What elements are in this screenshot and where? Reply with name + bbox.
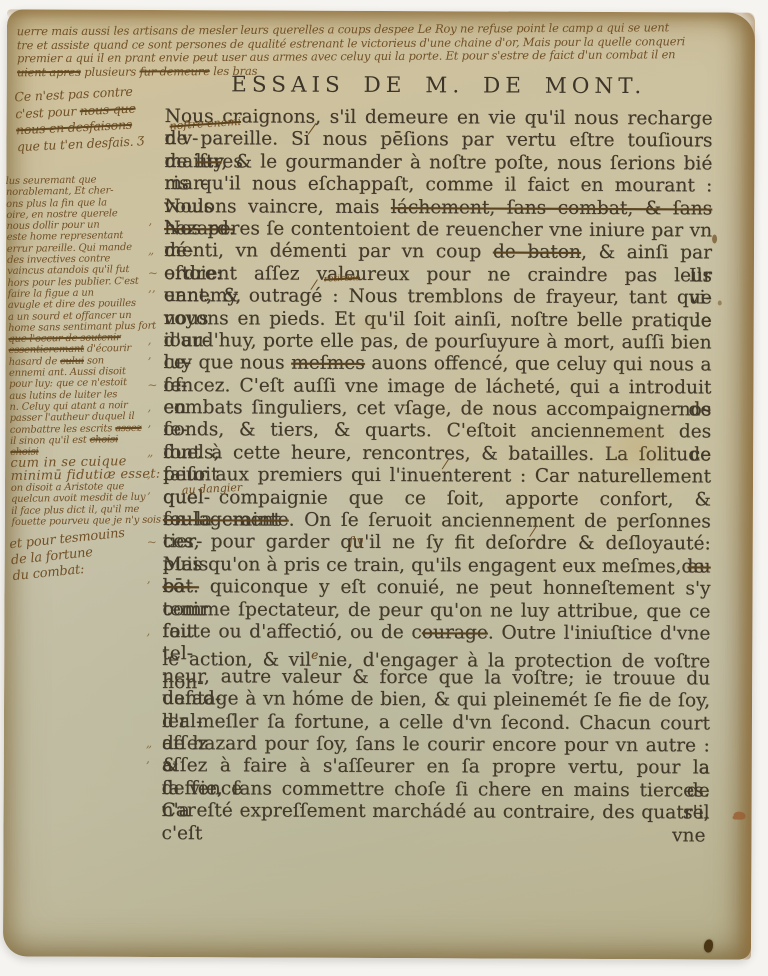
text-line: eſtoient aſſez valeureux pour ne craindr… — [164, 263, 712, 288]
paper-stain — [600, 417, 680, 477]
margin-mark: „ — [147, 445, 161, 459]
margin-mark: „ — [146, 736, 160, 750]
text-line: ler meſler ſa fortune, a celle d'vn ſeco… — [162, 711, 710, 736]
text-line: fencez. C'eſt auſſi vne image de lácheté… — [163, 375, 711, 400]
margin-mark: ‚ — [146, 624, 160, 638]
edge-speck — [718, 300, 722, 305]
hand-correction: ſ'y — [348, 533, 364, 548]
margin-mark: ’ — [146, 759, 160, 773]
text-line: de luy, & le gourmander à noſtre poſte, … — [164, 151, 712, 176]
text-line: n'a eſté expreſſement marchádé au contra… — [162, 800, 710, 825]
catchword: vne — [161, 823, 709, 848]
text-line: ne pareille. Si nous pēſions par vertu e… — [164, 128, 712, 153]
text-line: voulons vaincre, mais láchement, ſans co… — [164, 196, 712, 221]
text-line: faute ou d'affectió, ou de courage. Outr… — [162, 621, 710, 646]
margin-mark: ‚ — [148, 333, 162, 347]
text-line: neur, autre valeur & force que la voſtre… — [162, 666, 710, 691]
text-line: comme ſpectateur, de peur qu'on ne luy a… — [162, 599, 710, 624]
handwritten-top-annotation: uerre mais aussi les artisans de mesler … — [17, 21, 753, 80]
text-line: Nos peres ſe contentoient de reuencher v… — [164, 218, 712, 243]
text-line: uant, & outragé : Nous tremblons de fray… — [164, 285, 712, 310]
text-line: ces, pour garder qu'il ne ſy fit deſordr… — [163, 531, 711, 556]
margin-mark: ’ — [147, 490, 161, 504]
text-line: puis qu'on à pris ce train, qu'ils engag… — [163, 554, 711, 579]
margin-mark: ’ — [148, 355, 162, 369]
text-line: uantage à vn hóme de bien, & qui pleinem… — [162, 688, 710, 713]
manuscript-page: uerre mais aussi les artisans de mesler … — [3, 9, 755, 959]
margin-mark: ~ — [147, 535, 161, 549]
handwritten-margin-note-bottom: et pour tesmouinsde la fortunedu combat: — [9, 522, 163, 585]
red-ink-smudge — [734, 812, 746, 820]
text-line: que compaignie que ce ſoit, apporte conf… — [163, 487, 711, 512]
margin-mark: ’ — [148, 221, 162, 235]
margin-mark: ‚ — [147, 467, 161, 481]
paper-stain — [346, 311, 392, 341]
running-title: ESSAIS DE M. DE MONT. — [165, 72, 713, 108]
text-line: Nous craignons, s'il demeure en vie qu'i… — [165, 106, 713, 131]
margin-mark: ’ — [147, 423, 161, 437]
hand-correction: retirens — [324, 273, 361, 285]
margin-mark: ’ — [147, 579, 161, 593]
text-line: bat. quiconque y eſt conuié, ne peut hon… — [162, 576, 710, 601]
text-line: ris qu'il nous eſchappaſt, comme il faic… — [164, 173, 712, 198]
text-line: de hazard pour ſoy, ſans le courir encor… — [162, 733, 710, 758]
text-line: le action, & vilenie, d'engager à la pro… — [162, 643, 710, 668]
text-line: luy que nous meſmes auons offencé, que c… — [163, 352, 711, 377]
margin-mark: ~ — [147, 378, 161, 392]
text-line: aſſez à faire à s'aſſeurer en ſa propre … — [162, 755, 710, 780]
text-line: voyons en pieds. Et qu'il ſoit ainſi, no… — [164, 308, 712, 333]
text-line: iourd'huy, porte elle pas, de pourſuyure… — [164, 330, 712, 355]
edge-speck — [712, 234, 717, 243]
text-line: en la crainte. On ſe ſeruoit anciennemen… — [163, 509, 711, 534]
margin-mark: ~ — [148, 266, 162, 280]
photo-background: uerre mais aussi les artisans de mesler … — [0, 0, 768, 976]
text-line: menti, vn démenti par vn coup de baton, … — [164, 240, 712, 265]
handwritten-margin-note-top: Ce n'est pas contrec'est pour nous queno… — [14, 82, 167, 155]
margin-mark: ‚ — [147, 400, 161, 414]
handwritten-margin-note-long: lus seuremant quenorablemant, Et cher-on… — [6, 173, 168, 528]
text-line: ſa vie, ſans commettre choſe ſi chere en… — [162, 778, 710, 803]
ink-blot — [704, 939, 713, 952]
margin-mark: ’’ — [148, 288, 162, 302]
margin-mark: „ — [148, 243, 162, 257]
